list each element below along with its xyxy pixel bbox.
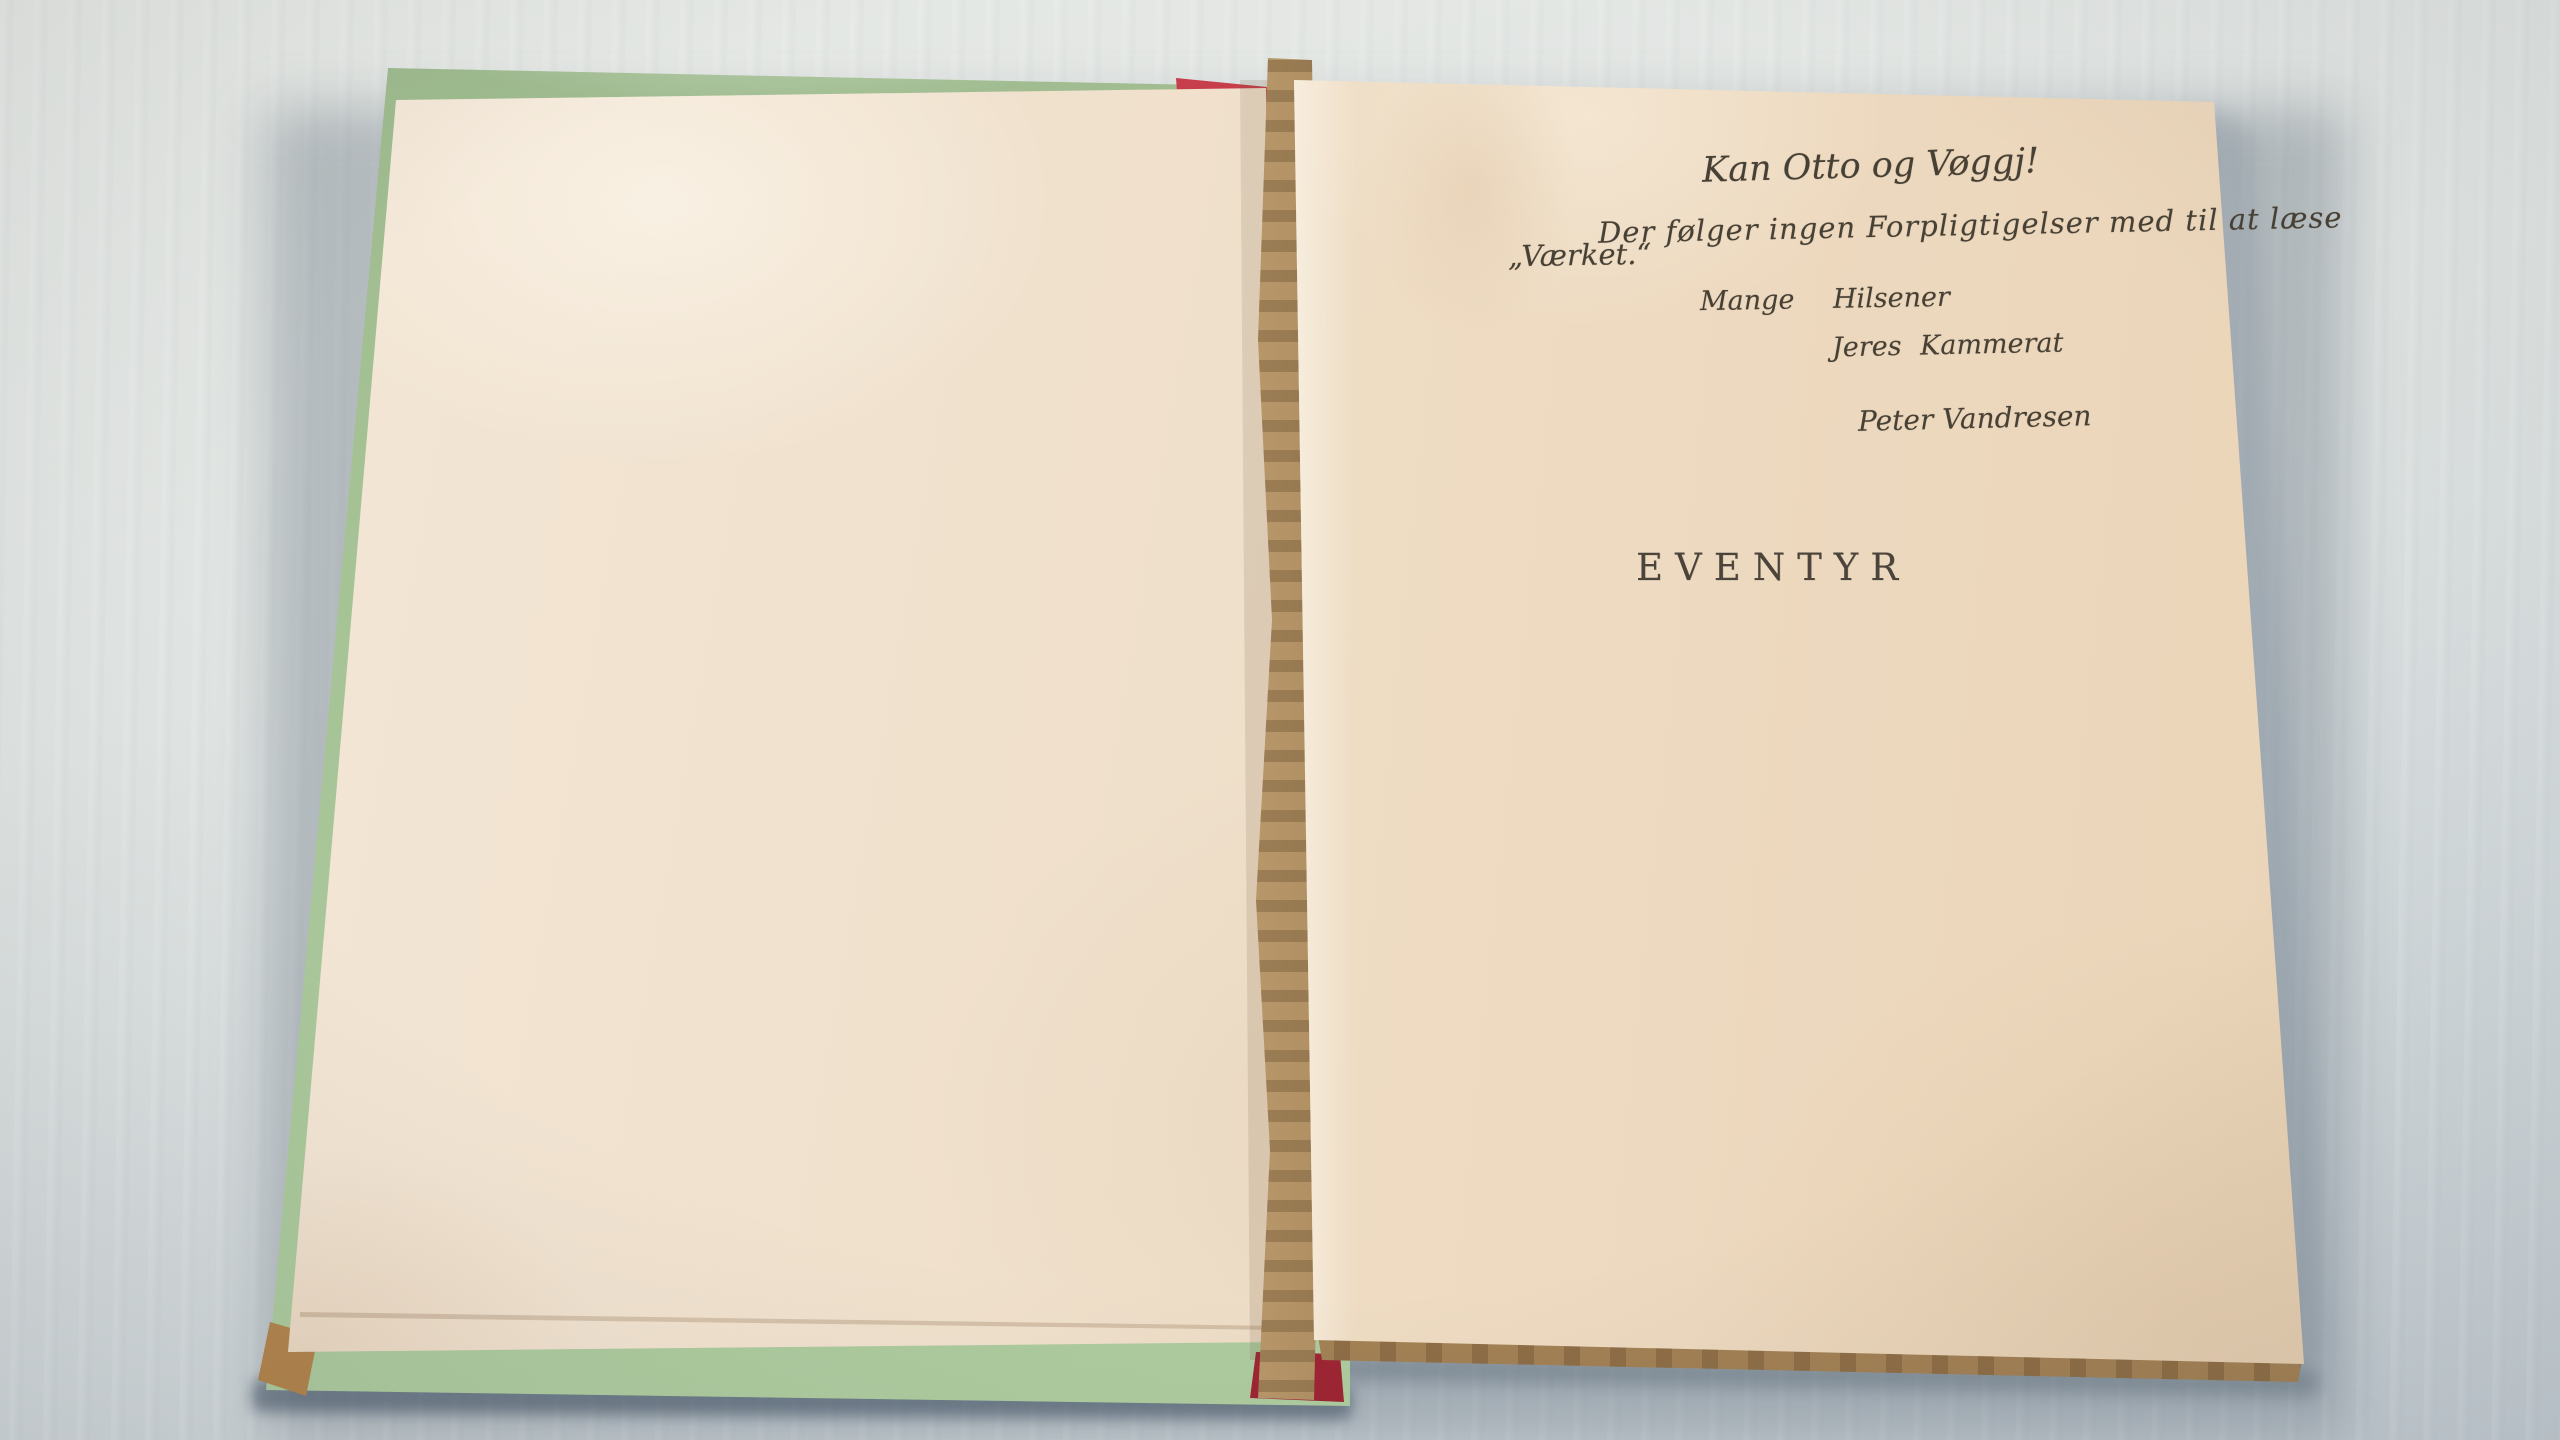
inscription-quote-line: „Værket.“ — [1508, 237, 1652, 273]
inscription-signoff: Jeres Kammerat — [1832, 328, 2064, 364]
photo-of-open-book: Kan Otto og Vøggj! Der følger ingen Forp… — [0, 0, 2560, 1440]
inscription-signature: Peter Vandresen — [1858, 399, 2092, 438]
inscription-greeting: Mange Hilsener — [1700, 282, 1950, 317]
book-title: EVENTYR — [1636, 546, 1910, 589]
